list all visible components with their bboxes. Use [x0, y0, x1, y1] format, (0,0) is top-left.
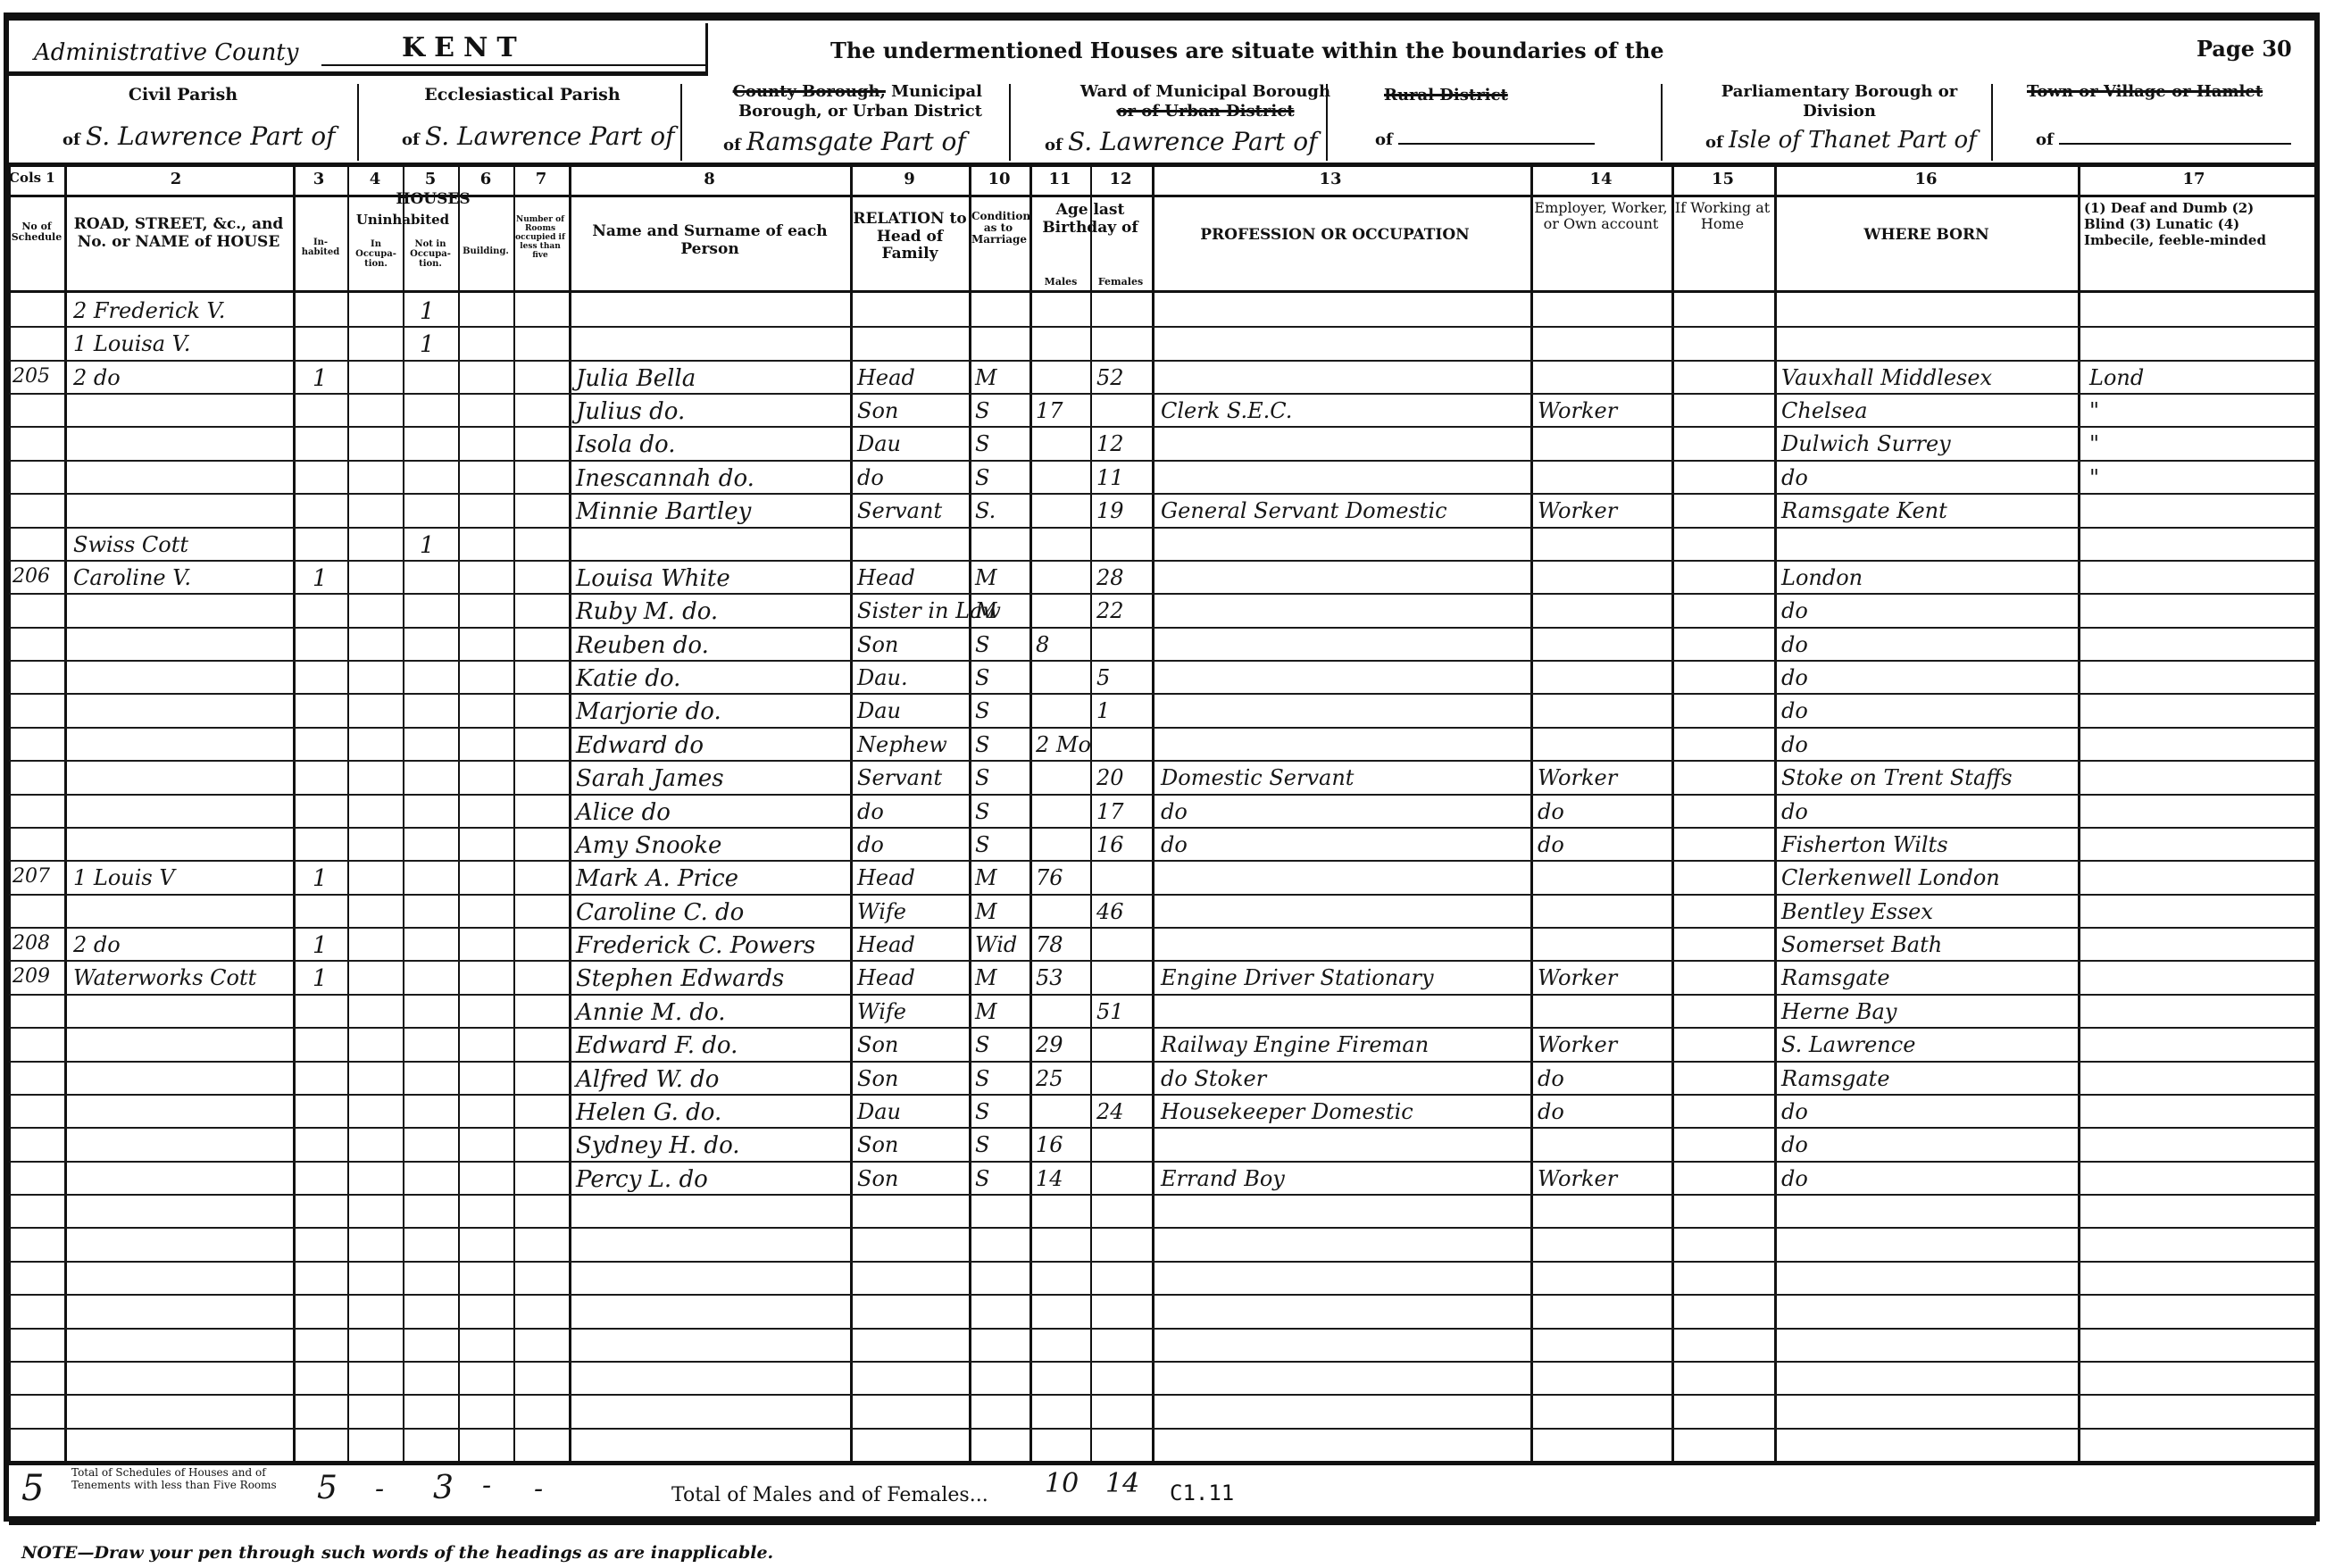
cell-condition: S	[975, 665, 989, 690]
row-rule	[9, 1394, 2316, 1396]
cell-relation: Dau	[857, 431, 901, 456]
ward-value: of S. Lawrence Part of	[1045, 127, 1317, 156]
cell-born: Somerset Bath	[1781, 932, 1942, 957]
cell-employer: Worker	[1538, 498, 1617, 523]
cell-name: Helen G. do.	[576, 1099, 721, 1126]
cell-relation: Son	[857, 1166, 898, 1191]
cell-relation: Servant	[857, 765, 942, 790]
cell-relation: Head	[857, 365, 915, 390]
row-rule	[9, 1161, 2316, 1163]
cell-employer: do	[1538, 1066, 1564, 1091]
total-building: -	[482, 1470, 491, 1501]
row-rule	[9, 1294, 2316, 1296]
col-num: 12	[1090, 170, 1151, 188]
cell-condition: S	[975, 431, 989, 456]
cell-born: do	[1781, 598, 1808, 623]
header-houses: HOUSES	[295, 191, 571, 209]
cell-not-occ: 1	[420, 331, 435, 358]
cell-road: Waterworks Cott	[73, 965, 256, 990]
cell-condition: S	[975, 1032, 989, 1057]
cell-employer: Worker	[1538, 1166, 1617, 1191]
row-rule	[9, 860, 2316, 862]
cell-born: S. Lawrence	[1781, 1032, 1915, 1057]
cell-female: 17	[1096, 799, 1124, 824]
cell-relation: Servant	[857, 498, 942, 523]
cell-relation: Dau	[857, 698, 901, 723]
cell-born: do	[1781, 465, 1808, 490]
cell-employer: do	[1538, 1099, 1564, 1124]
cell-born: Ramsgate	[1781, 1066, 1890, 1091]
col-num: 16	[1774, 170, 2078, 188]
cell-female: 22	[1096, 598, 1124, 623]
cell-name: Louisa White	[576, 565, 730, 592]
cell-condition: M	[975, 598, 997, 623]
cell-male: 76	[1036, 865, 1063, 890]
cell-relation: Head	[857, 865, 915, 890]
cell-born: do	[1781, 732, 1808, 757]
cell-relation: do	[857, 465, 884, 490]
cell-road: 2 Frederick V.	[73, 298, 225, 323]
cell-occupation: Engine Driver Stationary	[1161, 965, 1434, 990]
column-divider	[2316, 166, 2318, 1464]
col-num: 17	[2078, 170, 2310, 188]
cell-born: Fisherton Wilts	[1781, 832, 1948, 857]
cell-name: Caroline C. do	[576, 899, 744, 926]
col-num: 9	[850, 170, 969, 188]
cell-condition: S.	[975, 498, 996, 523]
cell-name: Amy Snooke	[576, 832, 721, 859]
row-rule	[9, 1361, 2316, 1363]
cell-condition: S	[975, 465, 989, 490]
cell-born: Clerkenwell London	[1781, 865, 2000, 890]
cell-name: Marjorie do.	[576, 698, 721, 725]
cell-occupation: do Stoker	[1161, 1066, 1266, 1091]
cell-road: 2 do	[73, 932, 121, 957]
row-rule	[9, 560, 2316, 562]
col-num: 8	[569, 170, 850, 188]
cell-road: 2 do	[73, 365, 121, 390]
header-inhabited: In-habited	[295, 238, 346, 257]
header-name: Name and Surname of each Person	[589, 223, 830, 258]
cell-relation: Wife	[857, 999, 906, 1024]
cell-relation: do	[857, 832, 884, 857]
totals-annotation: C1.11	[1170, 1480, 1234, 1505]
cell-female: 19	[1096, 498, 1124, 523]
total-rooms: -	[534, 1473, 543, 1505]
cell-occupation: Railway Engine Fireman	[1161, 1032, 1429, 1057]
cell-born: do	[1781, 632, 1808, 657]
parliamentary-value: of Isle of Thanet Part of	[1705, 127, 1977, 154]
cell-name: Julia Bella	[576, 365, 696, 392]
cell-infirm: "	[2089, 431, 2099, 456]
cell-born: do	[1781, 1099, 1808, 1124]
cell-male: 17	[1036, 398, 1063, 423]
rural-district-label: Rural District	[1384, 86, 1508, 104]
cell-born: Vauxhall Middlesex	[1781, 365, 1992, 390]
cell-road: 1 Louisa V.	[73, 331, 190, 356]
total-in-occupation: -	[375, 1473, 384, 1505]
cell-condition: S	[975, 632, 989, 657]
header-condition: Condition as to Marriage	[971, 211, 1025, 246]
town-village-label: Town or Village or Hamlet	[2027, 82, 2263, 101]
cell-condition: S	[975, 832, 989, 857]
total-females: 14	[1105, 1468, 1139, 1499]
col-num: 10	[969, 170, 1029, 188]
cell-relation: Dau	[857, 1099, 901, 1124]
col-num: 6	[458, 170, 513, 188]
parliamentary-label: Parliamentary Borough or Division	[1705, 82, 1973, 121]
county-label: Administrative County	[34, 39, 298, 66]
row-rule	[9, 527, 2316, 529]
cell-condition: S	[975, 1099, 989, 1124]
col-num: 15	[1671, 170, 1774, 188]
town-village-value: of	[2036, 130, 2291, 149]
cell-occupation: General Servant Domestic	[1161, 498, 1447, 523]
cell-name: Alice do	[576, 799, 671, 826]
cell-condition: M	[975, 899, 997, 924]
row-rule	[9, 1261, 2316, 1263]
cell-female: 1	[1096, 698, 1110, 723]
cell-road: Swiss Cott	[73, 532, 188, 557]
cell-condition: S	[975, 765, 989, 790]
col-num: 14	[1530, 170, 1671, 188]
row-rule	[9, 460, 2316, 462]
cell-condition: Wid	[975, 932, 1017, 957]
row-rule	[9, 326, 2316, 328]
borough-value: of Ramsgate Part of	[723, 127, 966, 156]
header-building: Building.	[459, 246, 513, 256]
header-males: Males	[1031, 277, 1090, 288]
header-employer: Employer, Worker, or Own account	[1532, 200, 1670, 233]
cell-female: 28	[1096, 565, 1124, 590]
cell-born: Chelsea	[1781, 398, 1868, 423]
header-females: Females	[1091, 277, 1150, 288]
cell-name: Annie M. do.	[576, 999, 726, 1026]
cell-male: 16	[1036, 1132, 1063, 1157]
cell-name: Ruby M. do.	[576, 598, 718, 625]
header-age: Age last Birthday of	[1031, 202, 1149, 237]
cell-condition: S	[975, 398, 989, 423]
cell-name: Reuben do.	[576, 632, 709, 659]
cell-inhab: 1	[313, 365, 328, 392]
cell-relation: Head	[857, 965, 915, 990]
cell-condition: M	[975, 365, 997, 390]
ecclesiastical-parish-value: of S. Lawrence Part of	[402, 121, 674, 151]
col-num: Cols 1	[9, 170, 63, 186]
cell-female: 11	[1096, 465, 1124, 490]
col-num: 11	[1029, 170, 1090, 188]
cell-infirm: "	[2089, 398, 2099, 423]
cell-female: 24	[1096, 1099, 1124, 1124]
cell-name: Minnie Bartley	[576, 498, 751, 525]
cell-female: 16	[1096, 832, 1124, 857]
row-rule	[9, 660, 2316, 662]
cell-condition: M	[975, 965, 997, 990]
header-relation: RELATION to Head of Family	[853, 211, 967, 263]
cell-name: Alfred W. do	[576, 1066, 719, 1093]
cell-employer: Worker	[1538, 398, 1617, 423]
header-occupation: PROFESSION OR OCCUPATION	[1161, 227, 1509, 245]
cell-relation: Son	[857, 1032, 898, 1057]
row-rule	[9, 426, 2316, 428]
header-working-home: If Working at Home	[1673, 200, 1771, 233]
header-in-occupation: In Occupa-tion.	[350, 239, 402, 269]
cell-born: Ramsgate	[1781, 965, 1890, 990]
county-value: KENT	[402, 32, 526, 63]
cell-occupation: Errand Boy	[1161, 1166, 1285, 1191]
row-rule	[9, 1428, 2316, 1430]
cell-schedule: 207	[13, 865, 50, 888]
row-rule	[9, 827, 2316, 829]
cell-born: do	[1781, 1132, 1808, 1157]
cell-relation: Son	[857, 1132, 898, 1157]
cell-female: 46	[1096, 899, 1124, 924]
cell-schedule: 205	[13, 365, 50, 388]
cell-occupation: Domestic Servant	[1161, 765, 1354, 790]
cell-female: 5	[1096, 665, 1110, 690]
cell-name: Sydney H. do.	[576, 1132, 740, 1159]
cell-male: 29	[1036, 1032, 1063, 1057]
row-rule	[9, 1127, 2316, 1129]
row-rule	[9, 927, 2316, 929]
totals-row: 5 Total of Schedules of Houses and of Te…	[9, 1464, 2316, 1520]
borough-label: County Borough, Municipal Borough, or Ur…	[714, 82, 982, 121]
cell-born: Ramsgate Kent	[1781, 498, 1947, 523]
cell-condition: M	[975, 999, 997, 1024]
cell-name: Edward F. do.	[576, 1032, 738, 1059]
header-uninhabited: Uninhabited	[348, 213, 457, 228]
cell-condition: S	[975, 1166, 989, 1191]
header-where-born: WHERE BORN	[1777, 227, 2076, 245]
cell-not-occ: 1	[420, 532, 435, 559]
cell-inhab: 1	[313, 865, 328, 892]
totals-label: Total of Schedules of Houses and of Tene…	[71, 1466, 286, 1492]
cell-relation: Head	[857, 565, 915, 590]
row-rule	[9, 693, 2316, 695]
column-headers: Cols 1 2 3 4 5 6 7 8 9 10 11 12 13 14 15…	[0, 166, 2334, 291]
col-num: 2	[64, 170, 288, 188]
row-rule	[9, 393, 2316, 395]
cell-born: London	[1781, 565, 1863, 590]
header-rooms: Number of Rooms occupied if less than fi…	[514, 216, 566, 260]
cell-male: 25	[1036, 1066, 1063, 1091]
cell-name: Mark A. Price	[576, 865, 738, 892]
cell-employer: Worker	[1538, 965, 1617, 990]
total-inhabited: 5	[317, 1470, 338, 1506]
col-num: 13	[1152, 170, 1509, 188]
cell-female: 51	[1096, 999, 1124, 1024]
cell-occupation: do	[1161, 832, 1188, 857]
row-rule	[9, 960, 2316, 962]
cell-name: Frederick C. Powers	[576, 932, 815, 959]
cell-female: 52	[1096, 365, 1124, 390]
row-rule	[9, 1328, 2316, 1330]
total-males: 10	[1045, 1468, 1079, 1499]
row-rule	[9, 1227, 2316, 1229]
col-num: 5	[403, 170, 458, 188]
row-rule	[9, 1027, 2316, 1029]
cell-male: 53	[1036, 965, 1063, 990]
cell-condition: M	[975, 865, 997, 890]
header-schedule: No of Schedule	[11, 221, 63, 243]
ward-label: Ward of Municipal Boroughor of Urban Dis…	[1036, 82, 1375, 121]
row-rule	[9, 1061, 2316, 1063]
row-rule	[9, 627, 2316, 629]
cell-born: Dulwich Surrey	[1781, 431, 1951, 456]
cell-name: Inescannah do.	[576, 465, 754, 492]
row-rule	[9, 360, 2316, 362]
cell-relation: Son	[857, 632, 898, 657]
header-road: ROAD, STREET, &c., and No. or NAME of HO…	[71, 216, 286, 251]
cell-road: 1 Louis V	[73, 865, 175, 890]
cell-male: 8	[1036, 632, 1049, 657]
cell-inhab: 1	[313, 965, 328, 992]
cell-occupation: Clerk S.E.C.	[1161, 398, 1292, 423]
cell-born: do	[1781, 1166, 1808, 1191]
rural-district-value: of	[1375, 130, 1595, 149]
cell-condition: S	[975, 1132, 989, 1157]
cell-relation: do	[857, 799, 884, 824]
ecclesiastical-parish-label: Ecclesiastical Parish	[357, 86, 688, 105]
cell-condition: S	[975, 799, 989, 824]
cell-name: Percy L. do	[576, 1166, 708, 1193]
col-num: 7	[513, 170, 569, 188]
cell-relation: Wife	[857, 899, 906, 924]
cell-male: 2 Mo	[1036, 732, 1091, 757]
row-rule	[9, 994, 2316, 996]
cell-occupation: do	[1161, 799, 1188, 824]
cell-occupation: Housekeeper Domestic	[1161, 1099, 1413, 1124]
row-rule	[9, 1194, 2316, 1196]
cell-infirm: "	[2089, 465, 2099, 490]
cell-female: 20	[1096, 765, 1124, 790]
footer-note: NOTE—Draw your pen through such words of…	[21, 1543, 773, 1563]
col-num: 4	[347, 170, 403, 188]
cell-employer: Worker	[1538, 765, 1617, 790]
cell-relation: Nephew	[857, 732, 947, 757]
cell-employer: do	[1538, 799, 1564, 824]
cell-male: 78	[1036, 932, 1063, 957]
civil-parish-label: Civil Parish	[9, 86, 357, 105]
cell-born: Stoke on Trent Staffs	[1781, 765, 2013, 790]
area-row: Civil Parish of S. Lawrence Part of Eccl…	[9, 75, 2316, 164]
page-number: Page 30	[2196, 36, 2292, 62]
cell-name: Julius do.	[576, 398, 685, 425]
total-schedules: 5	[21, 1468, 44, 1509]
cell-name: Isola do.	[576, 431, 675, 458]
cell-female: 12	[1096, 431, 1124, 456]
col-num: 3	[290, 170, 347, 188]
cell-born: Bentley Essex	[1781, 899, 1933, 924]
intro-text: The undermentioned Houses are situate wi…	[830, 38, 1664, 63]
cell-condition: S	[975, 1066, 989, 1091]
cell-schedule: 209	[13, 965, 50, 988]
header-infirmity: (1) Deaf and Dumb (2) Blind (3) Lunatic …	[2084, 200, 2298, 248]
cell-inhab: 1	[313, 932, 328, 959]
cell-born: do	[1781, 799, 1808, 824]
total-males-females-label: Total of Males and of Females...	[671, 1484, 988, 1506]
cell-name: Sarah James	[576, 765, 724, 792]
row-rule	[9, 760, 2316, 762]
cell-condition: M	[975, 565, 997, 590]
cell-relation: Dau.	[857, 665, 908, 690]
cell-name: Katie do.	[576, 665, 680, 692]
row-rule	[9, 794, 2316, 796]
cell-employer: do	[1538, 832, 1564, 857]
total-not-in-occupation: 3	[433, 1470, 454, 1506]
cell-relation: Son	[857, 1066, 898, 1091]
county-box: Administrative County KENT	[9, 23, 708, 76]
cell-born: Herne Bay	[1781, 999, 1896, 1024]
cell-road: Caroline V.	[73, 565, 191, 590]
row-rule	[9, 727, 2316, 729]
cell-relation: Son	[857, 398, 898, 423]
cell-schedule: 206	[13, 565, 50, 588]
cell-name: Stephen Edwards	[576, 965, 784, 992]
cell-male: 14	[1036, 1166, 1063, 1191]
cell-born: do	[1781, 698, 1808, 723]
row-rule	[9, 1094, 2316, 1096]
row-rule	[9, 493, 2316, 495]
civil-parish-value: of S. Lawrence Part of	[63, 121, 335, 151]
cell-employer: Worker	[1538, 1032, 1617, 1057]
cell-infirm: Lond	[2089, 365, 2144, 390]
cell-condition: S	[975, 698, 989, 723]
row-rule	[9, 593, 2316, 595]
row-rule	[9, 894, 2316, 896]
cell-not-occ: 1	[420, 298, 435, 325]
cell-inhab: 1	[313, 565, 328, 592]
cell-schedule: 208	[13, 932, 50, 955]
cell-born: do	[1781, 665, 1808, 690]
cell-relation: Head	[857, 932, 915, 957]
cell-name: Edward do	[576, 732, 704, 759]
cell-condition: S	[975, 732, 989, 757]
header-not-in-occupation: Not in Occupa-tion.	[404, 239, 456, 269]
